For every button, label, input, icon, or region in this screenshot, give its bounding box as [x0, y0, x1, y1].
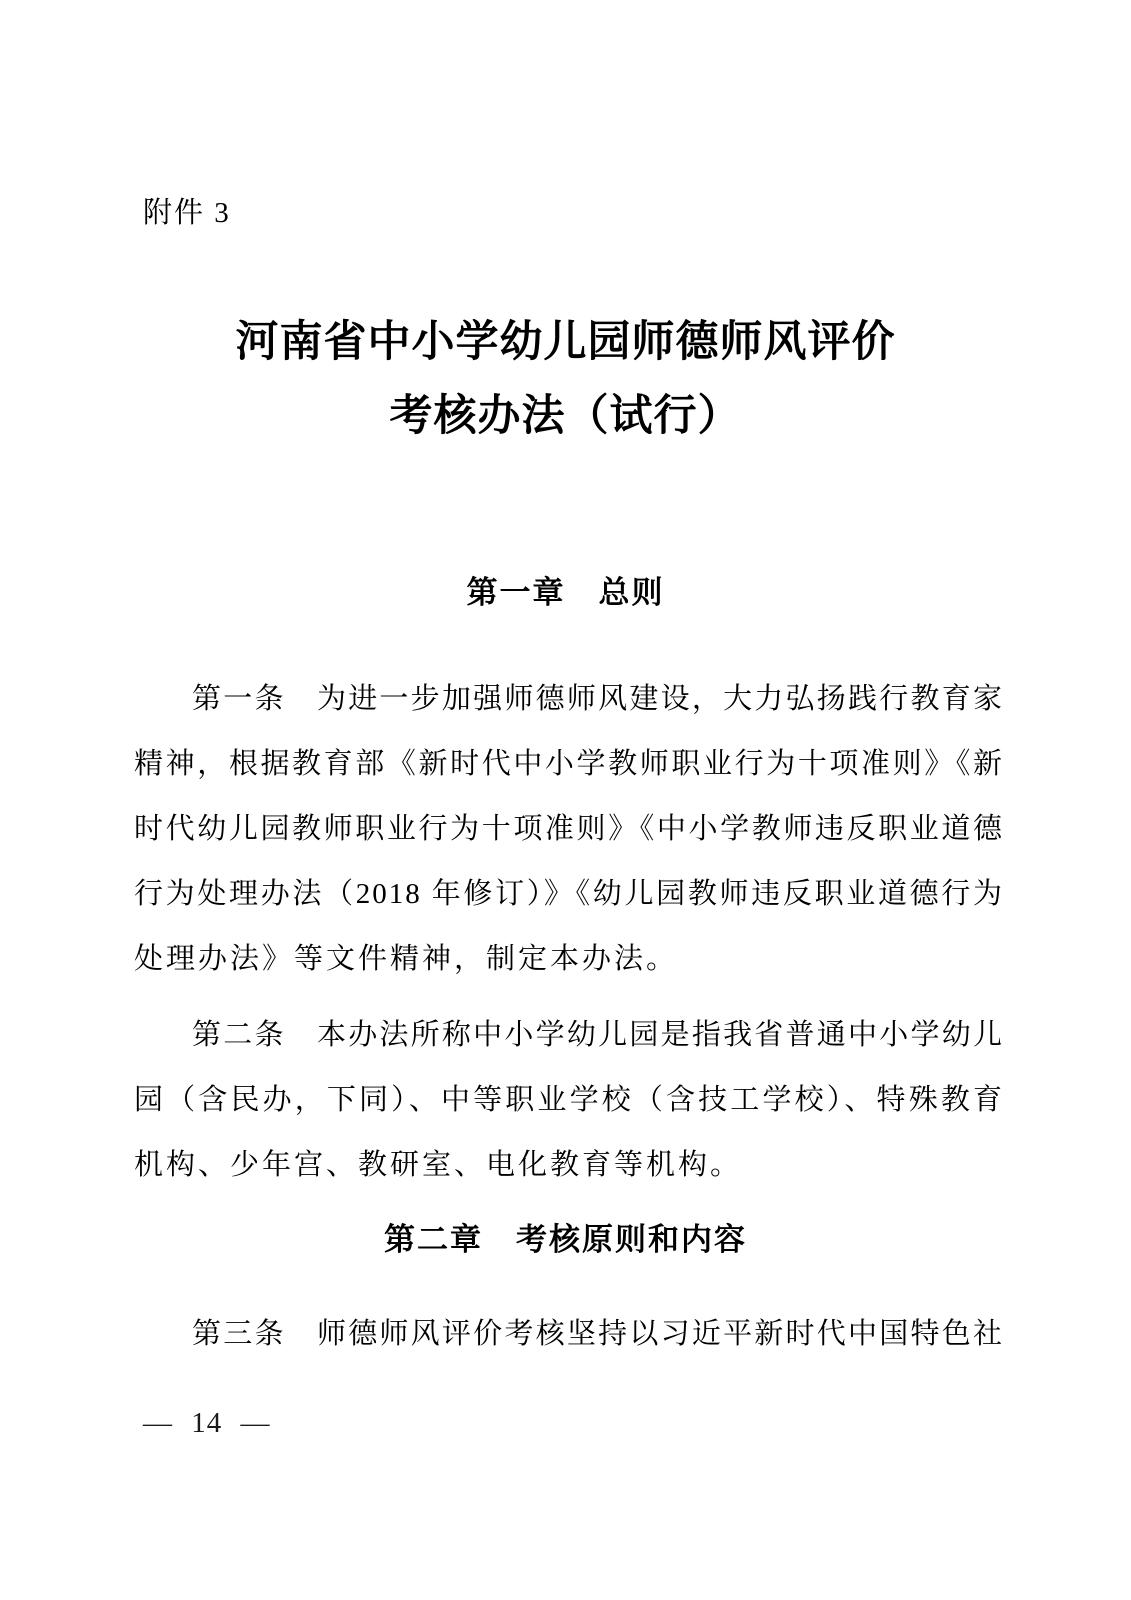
- body-line: 园（含民办，下同）、中等职业学校（含技工学校）、特殊教育: [134, 1068, 1004, 1133]
- document-page: 附件 3 河南省中小学幼儿园师德师风评价 考核办法（试行） 第一章 总则 第一条…: [0, 0, 1131, 1600]
- body-line: 处理办法》等文件精神，制定本办法。: [134, 927, 1004, 992]
- page-number: — 14 —: [143, 1407, 271, 1440]
- document-title-line2: 考核办法（试行）: [0, 392, 1131, 442]
- body-line: 第一条 为进一步加强师德师风建设，大力弘扬践行教育家: [134, 667, 1004, 732]
- body-line: 精神，根据教育部《新时代中小学教师职业行为十项准则》《新: [134, 732, 1004, 797]
- chapter-2-heading: 第二章 考核原则和内容: [0, 1221, 1131, 1259]
- body-line: 时代幼儿园教师职业行为十项准则》《中小学教师违反职业道德: [134, 797, 1004, 862]
- body-line: 第三条 师德师风评价考核坚持以习近平新时代中国特色社: [134, 1302, 1004, 1367]
- article-1-paragraph: 第一条 为进一步加强师德师风建设，大力弘扬践行教育家 精神，根据教育部《新时代中…: [134, 667, 1004, 992]
- article-2-paragraph: 第二条 本办法所称中小学幼儿园是指我省普通中小学幼儿 园（含民办，下同）、中等职…: [134, 1003, 1004, 1198]
- body-line: 机构、少年宫、教研室、电化教育等机构。: [134, 1133, 1004, 1198]
- chapter-1-heading: 第一章 总则: [0, 574, 1131, 612]
- body-line: 第二条 本办法所称中小学幼儿园是指我省普通中小学幼儿: [134, 1003, 1004, 1068]
- document-title-line1: 河南省中小学幼儿园师德师风评价: [0, 318, 1131, 368]
- body-line: 行为处理办法（2018 年修订）》《幼儿园教师违反职业道德行为: [134, 862, 1004, 927]
- attachment-label: 附件 3: [143, 190, 231, 231]
- article-3-paragraph: 第三条 师德师风评价考核坚持以习近平新时代中国特色社: [134, 1302, 1004, 1367]
